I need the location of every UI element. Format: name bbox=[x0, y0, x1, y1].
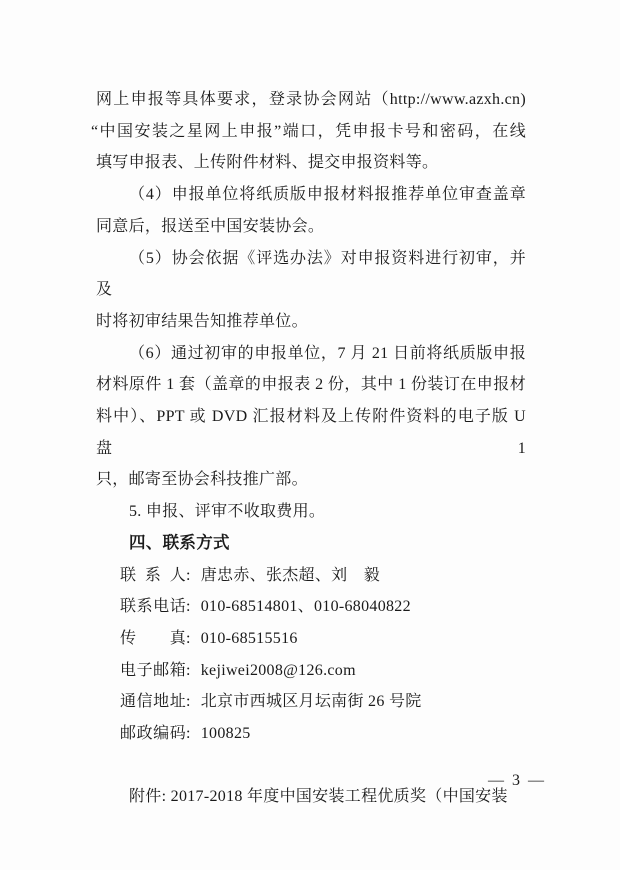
content-area: 网上申报等具体要求，登录协会网站（http://www.azxh.cn) “中国… bbox=[96, 84, 526, 812]
text-line: 填写申报表、上传附件材料、提交申报资料等。 bbox=[96, 147, 526, 179]
contact-colon: : bbox=[186, 560, 191, 592]
text-line: 只，邮寄至协会科技推广部。 bbox=[96, 464, 526, 496]
text-line: 网上申报等具体要求，登录协会网站（http://www.azxh.cn) bbox=[96, 84, 526, 116]
contact-row-fax: 传真:010-68515516 bbox=[96, 623, 526, 655]
contact-value: 北京市西城区月坛南街 26 号院 bbox=[201, 693, 422, 710]
text-line: 时将初审结果告知推荐单位。 bbox=[96, 306, 526, 338]
contact-value: 010-68515516 bbox=[201, 630, 298, 647]
contact-row-person: 联系人:唐忠赤、张杰超、刘 毅 bbox=[96, 560, 526, 592]
contact-value: 010-68514801、010-68040822 bbox=[201, 598, 411, 615]
contact-colon: : bbox=[186, 623, 191, 655]
section-heading-contact: 四、联系方式 bbox=[96, 528, 526, 560]
text-line: （6）通过初审的申报单位，7 月 21 日前将纸质版申报 bbox=[96, 338, 526, 370]
text-line: （5）协会依据《评选办法》对申报资料进行初审，并及 bbox=[96, 243, 526, 306]
contact-colon: : bbox=[186, 686, 191, 718]
contact-row-postcode: 邮政编码:100825 bbox=[96, 718, 526, 750]
contact-row-email: 电子邮箱:kejiwei2008@126.com bbox=[96, 655, 526, 687]
contact-colon: : bbox=[186, 655, 191, 687]
contact-label: 电子邮箱 bbox=[120, 655, 186, 687]
contact-value: kejiwei2008@126.com bbox=[201, 662, 356, 679]
contact-colon: : bbox=[186, 718, 191, 750]
contact-label: 联系电话 bbox=[120, 591, 186, 623]
contact-label: 通信地址 bbox=[120, 686, 186, 718]
text-line: 材料原件 1 套（盖章的申报表 2 份，其中 1 份装订在申报材 bbox=[96, 369, 526, 401]
text-line: “中国安装之星网上申报”端口，凭申报卡号和密码，在线 bbox=[91, 116, 526, 148]
contact-row-phone: 联系电话:010-68514801、010-68040822 bbox=[96, 591, 526, 623]
page-number: — 3 — bbox=[488, 770, 546, 792]
contact-value: 唐忠赤、张杰超、刘 毅 bbox=[201, 567, 380, 584]
contact-label: 传真 bbox=[120, 623, 186, 655]
text-line: （4）申报单位将纸质版申报材料报推荐单位审查盖章 bbox=[96, 179, 526, 211]
contact-colon: : bbox=[186, 591, 191, 623]
text-line: 同意后，报送至中国安装协会。 bbox=[96, 211, 526, 243]
fee-note-line: 5. 申报、评审不收取费用。 bbox=[96, 496, 526, 528]
contact-label: 邮政编码 bbox=[120, 718, 186, 750]
document-page: 网上申报等具体要求，登录协会网站（http://www.azxh.cn) “中国… bbox=[0, 0, 620, 870]
attachment-line: 附件: 2017-2018 年度中国安装工程优质奖（中国安装 bbox=[96, 781, 526, 813]
contact-value: 100825 bbox=[201, 725, 251, 742]
text-line: 料中）、PPT 或 DVD 汇报材料及上传附件资料的电子版 U 盘 1 bbox=[96, 401, 526, 464]
contact-label: 联系人 bbox=[120, 560, 186, 592]
contact-row-address: 通信地址:北京市西城区月坛南街 26 号院 bbox=[96, 686, 526, 718]
